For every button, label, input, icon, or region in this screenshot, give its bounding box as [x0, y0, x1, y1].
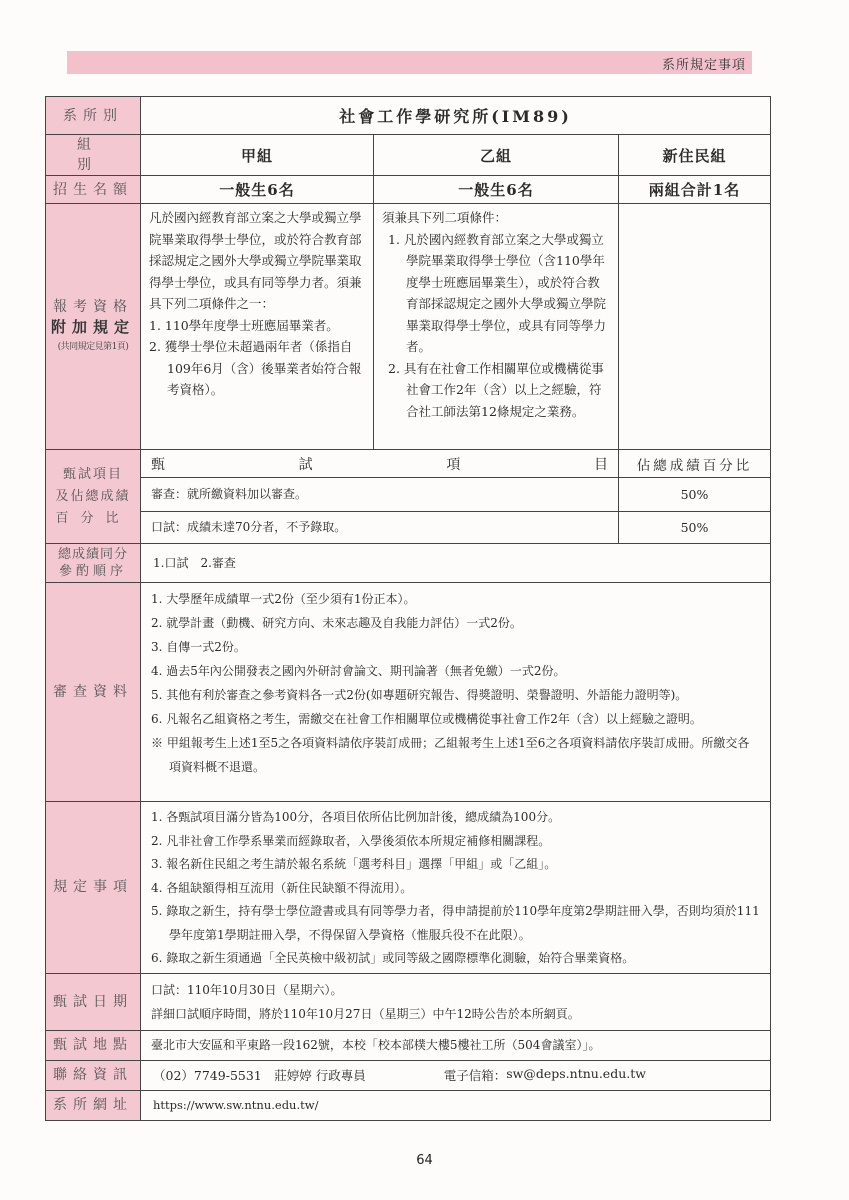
regulation-item: 6. 錄取之新生須通過「全民英檢中級初試」或同等級之國際標準化測驗，始符合畢業資… [151, 947, 760, 971]
exam-item-row: 審查：就所繳資料加以審查。 50% [46, 478, 771, 512]
qualifications-b-intro: 須兼具下列二項條件： [382, 207, 610, 229]
qualifications-label-line2: 附加規定 [46, 317, 140, 337]
review-materials-row: 審查資料 1. 大學歷年成績單一式2份（至少須有1份正本）。 2. 就學計畫（動… [46, 583, 771, 802]
website-label: 系所網址 [46, 1090, 141, 1120]
exam-header-char: 試 [299, 454, 313, 474]
review-item: 6. 凡報名乙組資格之考生，需繳交在社會工作相關單位或機構從事社會工作2年（含）… [151, 707, 760, 731]
exam-item-review: 審查：就所繳資料加以審查。 [141, 478, 619, 512]
qualifications-b-item-2: 2. 具有在社會工作相關單位或機構從事社會工作2年（含）以上之經驗，符合社工師法… [382, 358, 610, 423]
exam-items-label-line3: 百分比 [46, 510, 140, 527]
email-link[interactable]: sw@deps.ntnu.edu.tw [506, 1066, 646, 1084]
group-new-resident: 新住民組 [619, 135, 771, 176]
regulation-item: 1. 各甄試項目滿分皆為100分，各項目依所佔比例加計後，總成績為100分。 [151, 806, 760, 830]
qualifications-group-a: 凡於國內經教育部立案之大學或獨立學院畢業取得學士學位，或於符合教育部採認規定之國… [141, 204, 374, 450]
exam-items-label-line1: 甄試項目 [46, 466, 140, 483]
exam-date-label: 甄試日期 [46, 973, 141, 1030]
department-label: 系所別 [46, 97, 141, 135]
exam-header-char: 項 [446, 454, 460, 474]
website-row: 系所網址 https://www.sw.ntnu.edu.tw/ [46, 1090, 771, 1120]
tie-break-row: 總成績同分 參酌順序 1.口試 2.審查 [46, 544, 771, 583]
quota-row: 招生名額 一般生6名 一般生6名 兩組合計1名 [46, 176, 771, 204]
regulation-item: 3. 報名新住民組之考生請於報名系統「選考科目」選擇「甲組」或「乙組」。 [151, 853, 760, 877]
department-row: 系所別 社會工作學研究所(IM89) [46, 97, 771, 135]
section-header-band: 系所規定事項 [67, 51, 752, 74]
tie-break-label-line1: 總成績同分 [46, 546, 140, 563]
review-item: 1. 大學歷年成績單一式2份（至少須有1份正本）。 [151, 587, 760, 611]
contact-row: 聯絡資訊 （02）7749-5531 莊婷婷 行政專員 電子信箱： sw@dep… [46, 1060, 771, 1090]
tie-break-value: 1.口試 2.審查 [141, 544, 771, 583]
quota-group-a: 一般生6名 [141, 176, 374, 204]
page-number: 64 [0, 1153, 849, 1168]
quota-group-new: 兩組合計1名 [619, 176, 771, 204]
percentage-header: 佔總成績百分比 [619, 450, 771, 478]
contact-value: （02）7749-5531 莊婷婷 行政專員 電子信箱： sw@deps.ntn… [141, 1060, 771, 1090]
regulations-row: 規定事項 1. 各甄試項目滿分皆為100分，各項目依所佔比例加計後，總成績為10… [46, 802, 771, 974]
review-materials-list: 1. 大學歷年成績單一式2份（至少須有1份正本）。 2. 就學計畫（動機、研究方… [141, 583, 771, 802]
exam-item-interview-pct: 50% [619, 512, 771, 544]
exam-date-line2: 詳細口試順序時間，將於110年10月27日（星期三）中午12時公告於本所網頁。 [151, 1002, 770, 1026]
qualifications-group-b: 須兼具下列二項條件： 1. 凡於國內經教育部立案之大學或獨立學院畢業取得學士學位… [374, 204, 619, 450]
group-label: 組別 [46, 135, 141, 176]
review-materials-label: 審查資料 [46, 583, 141, 802]
exam-item-row: 口試：成績未達70分者，不予錄取。 50% [46, 512, 771, 544]
exam-date-line1: 口試：110年10月30日（星期六）。 [151, 978, 770, 1002]
quota-group-b: 一般生6名 [374, 176, 619, 204]
department-name: 社會工作學研究所(IM89) [141, 97, 771, 135]
exam-location-row: 甄試地點 臺北市大安區和平東路一段162號，本校「校本部樸大樓5樓社工所（504… [46, 1030, 771, 1060]
regulations-label: 規定事項 [46, 802, 141, 974]
exam-date-value: 口試：110年10月30日（星期六）。 詳細口試順序時間，將於110年10月27… [141, 973, 771, 1030]
group-a: 甲組 [141, 135, 374, 176]
exam-items-label-line2: 及佔總成績 [46, 483, 140, 510]
tie-break-label-line2: 參酌順序 [46, 563, 140, 580]
admission-rules-table: 系所別 社會工作學研究所(IM89) 組別 甲組 乙組 新住民組 招生名額 一般… [45, 96, 771, 1121]
regulation-item: 4. 各組缺額得相互流用（新住民缺額不得流用）。 [151, 877, 760, 901]
tie-break-label: 總成績同分 參酌順序 [46, 544, 141, 583]
review-item: 2. 就學計畫（動機、研究方向、未來志趣及自我能力評估）一式2份。 [151, 611, 760, 635]
regulation-item: 2. 凡非社會工作學系畢業而經錄取者，入學後須依本所規定補修相關課程。 [151, 830, 760, 854]
exam-items-header: 甄 試 項 目 [141, 450, 619, 478]
qualifications-a-intro: 凡於國內經教育部立案之大學或獨立學院畢業取得學士學位，或於符合教育部採認規定之國… [149, 207, 365, 315]
qualifications-b-item-1: 1. 凡於國內經教育部立案之大學或獨立學院畢業取得學士學位（含110學年度學士班… [382, 229, 610, 358]
group-row: 組別 甲組 乙組 新住民組 [46, 135, 771, 176]
website-link[interactable]: https://www.sw.ntnu.edu.tw/ [141, 1090, 771, 1120]
exam-items-label: 甄試項目 及佔總成績 百分比 [46, 450, 141, 544]
quota-label: 招生名額 [46, 176, 141, 204]
exam-items-header-row: 甄試項目 及佔總成績 百分比 甄 試 項 目 佔總成績百分比 [46, 450, 771, 478]
review-item: 5. 其他有利於審查之參考資料各一式2份(如專題研究報告、得獎證明、榮譽證明、外… [151, 683, 760, 707]
review-item: 3. 自傳一式2份。 [151, 635, 760, 659]
qualifications-group-new [619, 204, 771, 450]
email-label: 電子信箱： [444, 1066, 507, 1084]
exam-item-review-pct: 50% [619, 478, 771, 512]
exam-location-value: 臺北市大安區和平東路一段162號，本校「校本部樸大樓5樓社工所（504會議室）」… [141, 1030, 771, 1060]
exam-date-row: 甄試日期 口試：110年10月30日（星期六）。 詳細口試順序時間，將於110年… [46, 973, 771, 1030]
exam-header-char: 甄 [151, 454, 165, 474]
review-item: 4. 過去5年內公開發表之國內外研討會論文、期刊論著（無者免繳）一式2份。 [151, 659, 760, 683]
group-b: 乙組 [374, 135, 619, 176]
contact-label: 聯絡資訊 [46, 1060, 141, 1090]
review-note: ※ 甲組報考生上述1至5之各項資料請依序裝訂成冊；乙組報考生上述1至6之各項資料… [151, 731, 760, 779]
contact-phone: （02）7749-5531 莊婷婷 行政專員 [153, 1066, 366, 1084]
qualifications-label-line1: 報考資格 [46, 297, 140, 317]
exam-location-label: 甄試地點 [46, 1030, 141, 1060]
qualifications-label: 報考資格 附加規定 (共同規定見第1頁) [46, 204, 141, 450]
regulation-item: 5. 錄取之新生，持有學士學位證書或具有同等學力者，得申請提前於110學年度第2… [151, 900, 760, 947]
regulations-list: 1. 各甄試項目滿分皆為100分，各項目依所佔比例加計後，總成績為100分。 2… [141, 802, 771, 974]
qualifications-a-item-2: 2. 獲學士學位未超過兩年者（係指自109年6月（含）後畢業者始符合報考資格）。 [149, 336, 365, 401]
section-title: 系所規定事項 [662, 54, 746, 73]
qualifications-label-note: (共同規定見第1頁) [46, 337, 140, 357]
qualifications-row: 報考資格 附加規定 (共同規定見第1頁) 凡於國內經教育部立案之大學或獨立學院畢… [46, 204, 771, 450]
exam-header-char: 目 [594, 454, 608, 474]
qualifications-a-item-1: 1. 110學年度學士班應屆畢業者。 [149, 315, 365, 337]
exam-item-interview: 口試：成績未達70分者，不予錄取。 [141, 512, 619, 544]
